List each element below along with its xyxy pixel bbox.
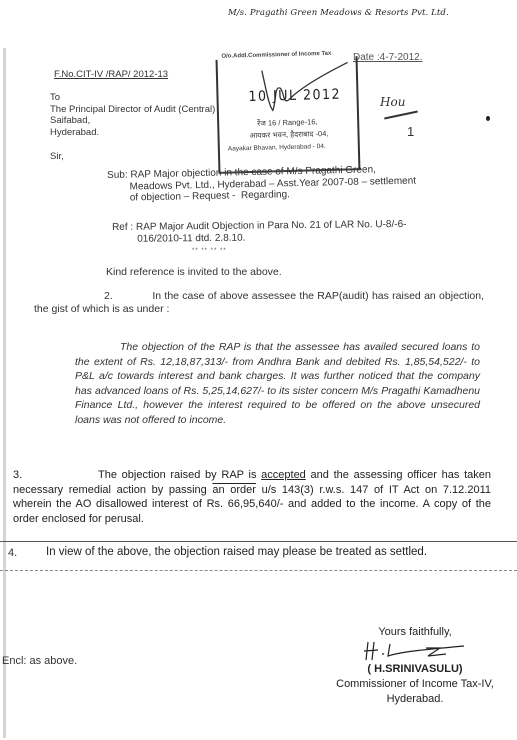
handwritten-stroke	[384, 110, 418, 119]
stamp-range: रेंज 16 / Range-16,	[257, 117, 318, 129]
salutation: Sir,	[50, 151, 64, 162]
enclosure-note: Encl: as above.	[2, 655, 77, 667]
recipient-address: To The Principal Director of Audit (Cent…	[50, 92, 215, 138]
handwritten-number: 1	[407, 124, 414, 139]
reference-line: Ref : RAP Major Audit Objection in Para …	[112, 219, 407, 245]
paragraph-4: In view of the above, the objection rais…	[46, 546, 427, 558]
divider-bottom	[0, 570, 517, 571]
signatory-title: Commissioner of Income Tax-IV,	[320, 677, 510, 692]
closing: Yours faithfully,	[320, 625, 510, 640]
paragraph-2-number: 2.	[104, 290, 113, 302]
stamp-date: 10 JUL 2012	[248, 87, 341, 105]
separator: ** ** ** **	[192, 248, 227, 254]
stamp-bhavan-english: Aayakar Bhavan, Hyderabad - 04.	[228, 143, 326, 153]
accepted-underlined: accepted	[261, 469, 306, 481]
order-overlined: an order	[212, 484, 256, 496]
paragraph-2-text: In the case of above assessee the RAP(au…	[34, 290, 484, 315]
kind-reference: Kind reference is invited to the above.	[106, 266, 282, 278]
paragraph-3: 3.The objection raised by RAP is accepte…	[13, 468, 491, 526]
divider-top	[0, 541, 517, 542]
paragraph-2: 2. In the case of above assessee the RAP…	[34, 290, 484, 315]
paragraph-3-number: 3.	[13, 468, 22, 483]
received-stamp: O/o.Addl.Commissioner of Income Tax 10 J…	[216, 56, 361, 174]
subject-line: Sub: RAP Major objection in the case of …	[107, 164, 416, 205]
handwritten-note: Hou	[380, 95, 405, 109]
signatory-name: ( H.SRINIVASULU)	[320, 662, 510, 677]
signature-icon	[360, 640, 470, 662]
paragraph-4-number: 4.	[8, 547, 17, 559]
signature-block: Yours faithfully, ( H.SRINIVASULU) Commi…	[320, 625, 510, 707]
stamp-bhavan-hindi: आयकर भवन, हैदराबाद -04,	[249, 129, 328, 141]
file-number: F.No.CIT-IV /RAP/ 2012-13	[54, 69, 168, 80]
letter-date: Date :4-7-2012.	[353, 52, 423, 63]
signatory-city: Hyderabad.	[320, 692, 510, 707]
company-header: M/s. Pragathi Green Meadows & Resorts Pv…	[228, 8, 449, 18]
scan-left-border	[3, 48, 6, 738]
date-value: :4-7-2012.	[377, 52, 423, 63]
ink-dot	[486, 116, 490, 121]
objection-quote: The objection of the RAP is that the ass…	[75, 340, 480, 427]
paragraph-3-text-a: The objection raised by RAP is	[98, 469, 261, 481]
